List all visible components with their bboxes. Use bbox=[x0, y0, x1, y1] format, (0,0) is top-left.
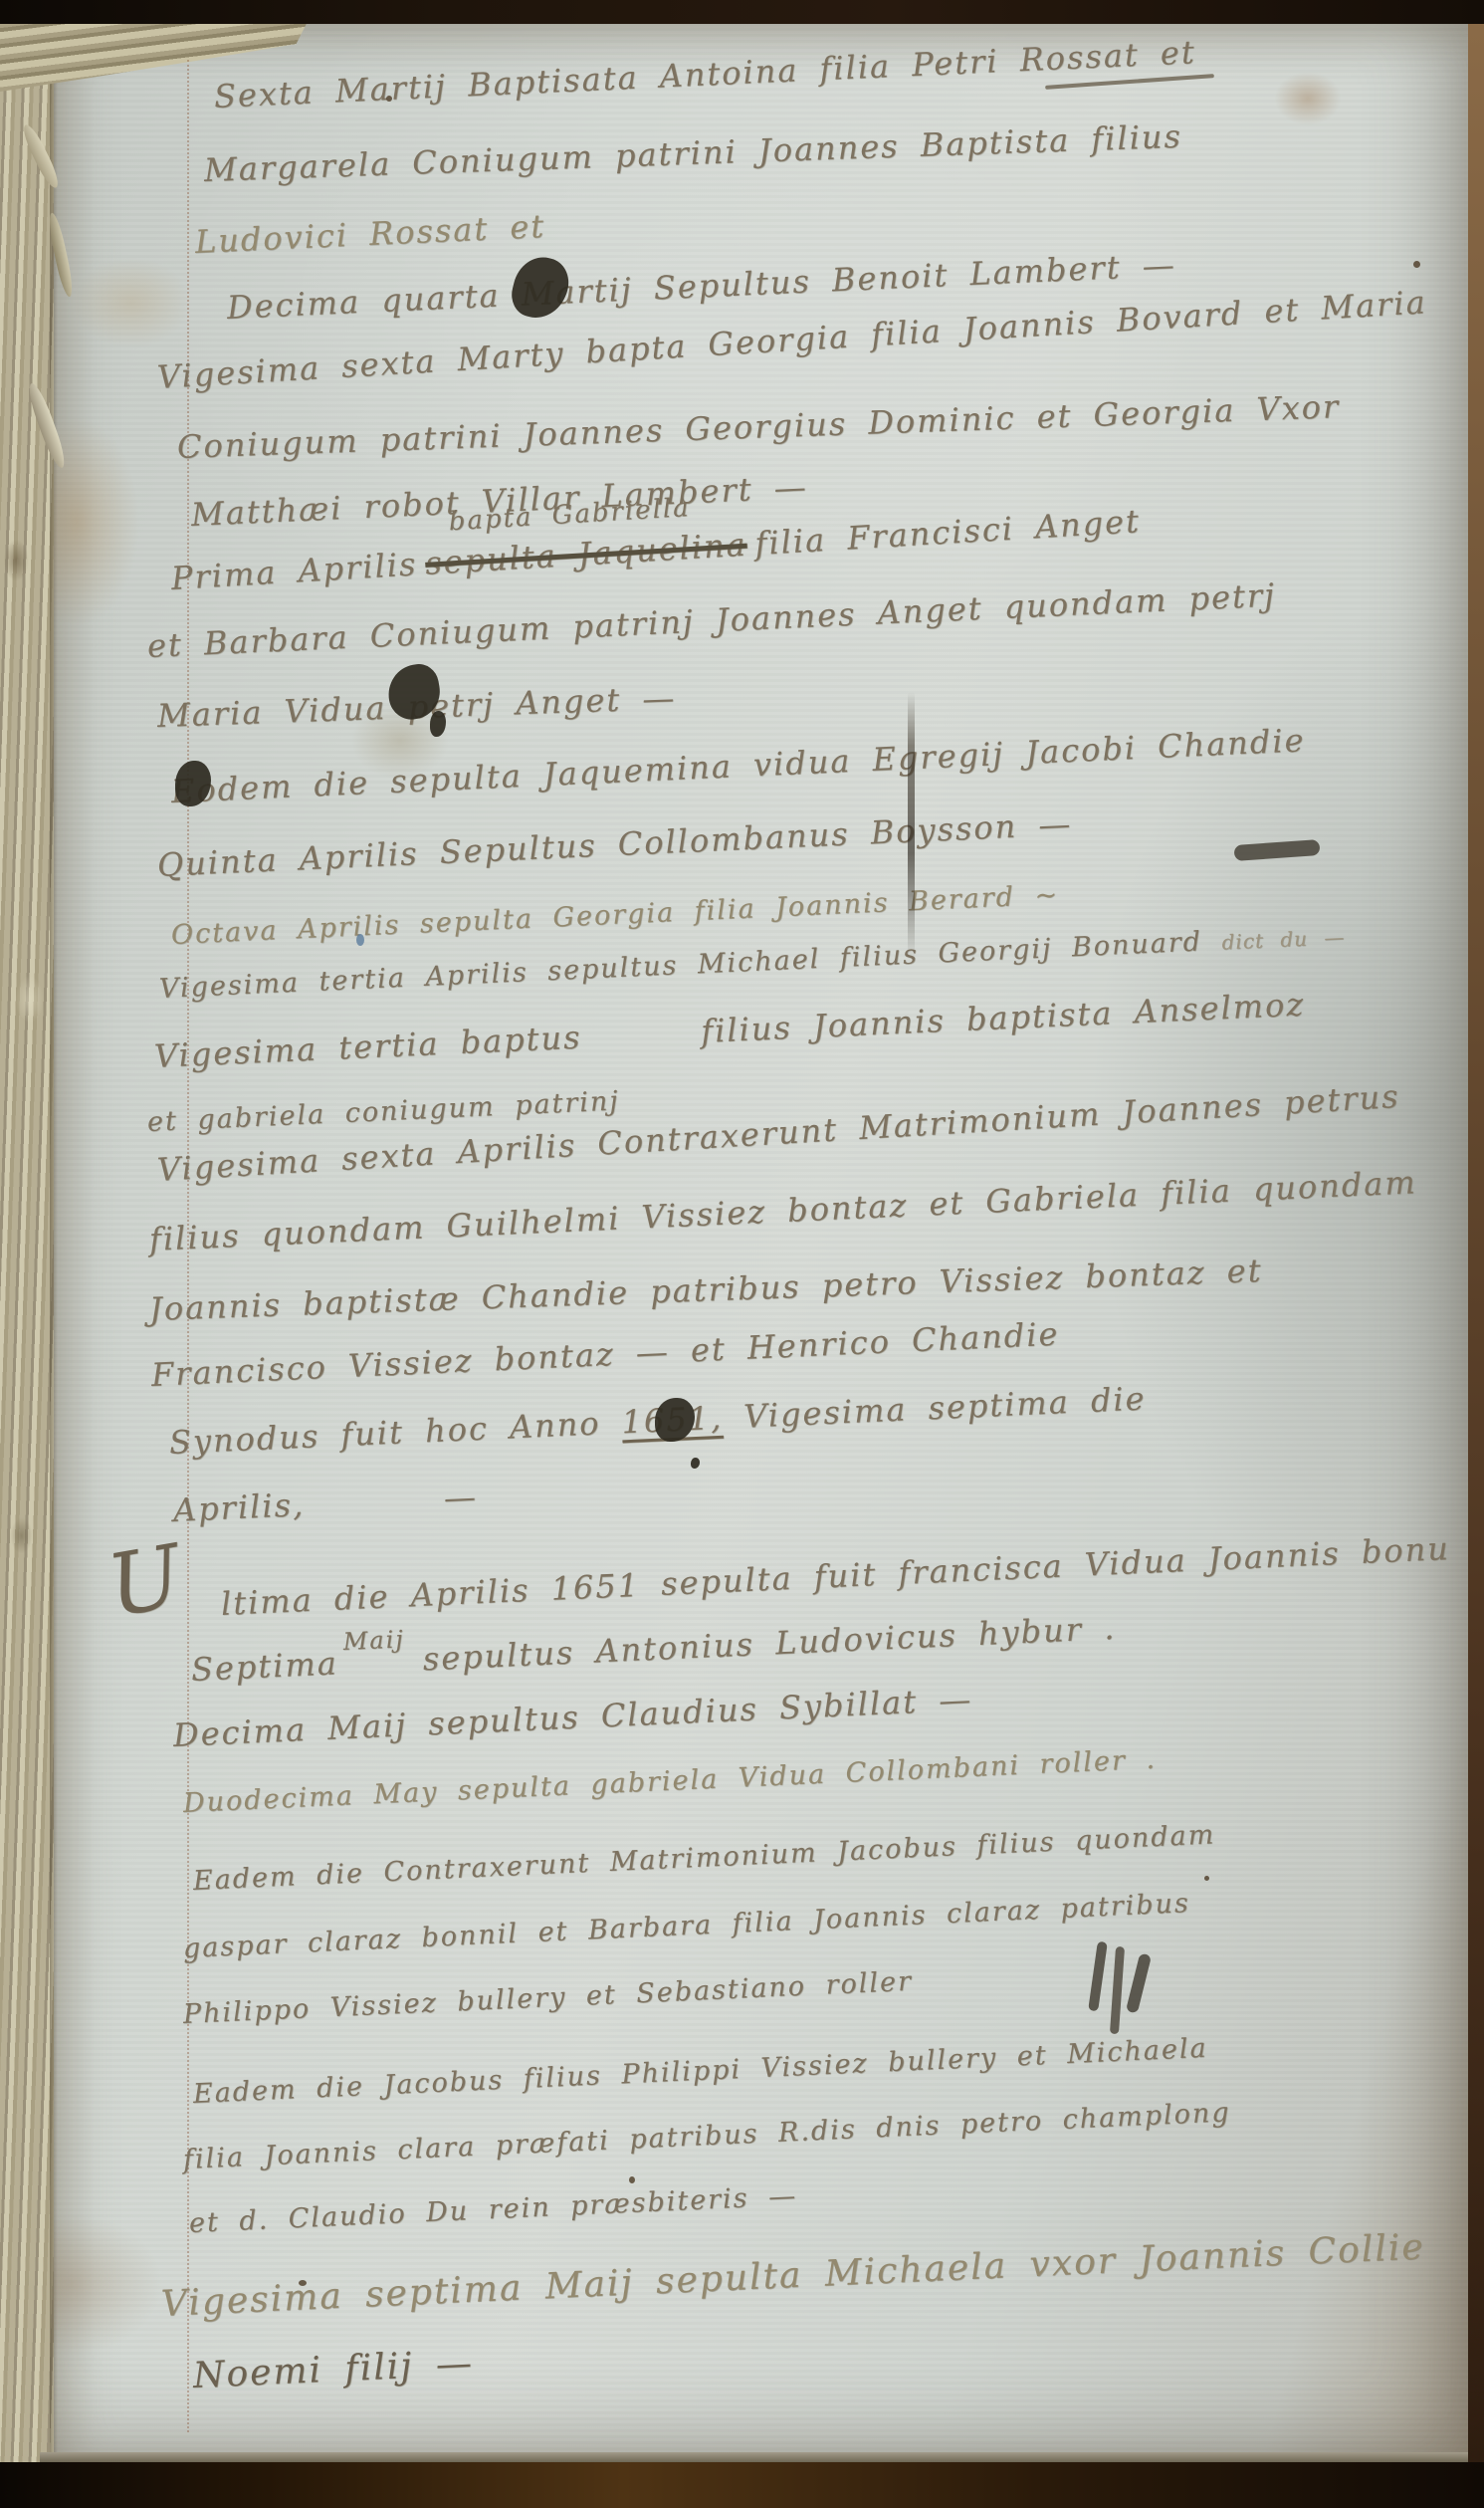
binding-edge bbox=[0, 24, 54, 2462]
speck bbox=[629, 2176, 635, 2183]
photo-edge-bottom bbox=[0, 2462, 1484, 2508]
speck bbox=[386, 96, 392, 102]
manuscript-photo: { "colors": { "paper": "#d2d6d1", "ink":… bbox=[0, 0, 1484, 2508]
speck bbox=[1204, 1876, 1209, 1881]
speck bbox=[1413, 261, 1420, 268]
line-text: Aprilis, bbox=[172, 1485, 306, 1529]
dash-text: — bbox=[443, 1478, 479, 1517]
photo-edge-right bbox=[1468, 24, 1484, 2462]
line-text: Septima bbox=[190, 1644, 338, 1689]
faint-text: dict du — bbox=[1221, 925, 1346, 955]
page-crease bbox=[908, 692, 915, 961]
photo-edge-top bbox=[0, 0, 1484, 24]
speck bbox=[299, 2280, 307, 2286]
blue-speck bbox=[356, 934, 364, 946]
inserted-text: Maij bbox=[342, 1625, 405, 1656]
